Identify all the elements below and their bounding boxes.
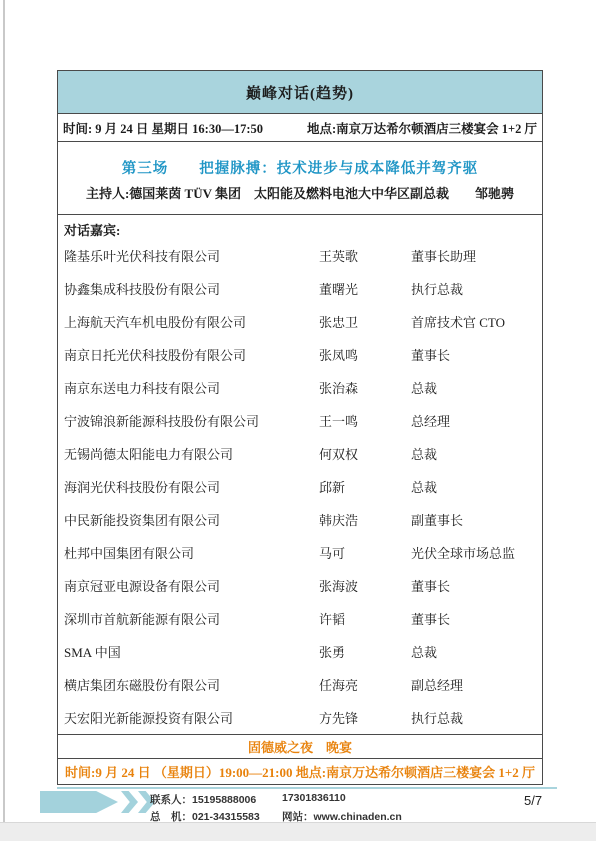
guest-name: 董曙光 (319, 279, 411, 298)
page-number: 5/7 (524, 793, 542, 808)
guest-name: 方先锋 (319, 708, 411, 727)
guest-row: 无锡尚德太阳能电力有限公司何双权总裁 (64, 437, 542, 470)
session-time-row: 时间: 9 月 24 日 星期日 16:30—17:50 地点:南京万达希尔顿酒… (58, 113, 542, 142)
guest-row: 南京东送电力科技有限公司张治森总裁 (64, 371, 542, 404)
guest-name: 张治森 (319, 378, 411, 397)
guest-company: 上海航天汽车机电股份有限公司 (64, 312, 319, 331)
guest-company: 中民新能投资集团有限公司 (64, 510, 319, 529)
page-bottom-edge (0, 822, 596, 841)
session-title: 第三场 把握脉搏：技术进步与成本降低并驾齐驱 (122, 157, 479, 178)
footer-contact-phone2: 17301836110 (282, 792, 402, 807)
footer-contact-phone: 联系人：15195888006 (150, 792, 282, 807)
guest-row: 中民新能投资集团有限公司韩庆浩副董事长 (64, 503, 542, 536)
session-moderator: 主持人:德国莱茵 TÜV 集团 太阳能及燃料电池大中华区副总裁 邹驰骋 (86, 183, 514, 202)
guest-company: 海润光伏科技股份有限公司 (64, 477, 319, 496)
guest-title: 执行总裁 (411, 708, 542, 727)
guest-name: 王一鸣 (319, 411, 411, 430)
guest-name: 何双权 (319, 444, 411, 463)
dinner-banner-title: 固德威之夜 晚宴 (58, 734, 542, 758)
guest-company: 深圳市首航新能源有限公司 (64, 609, 319, 628)
guest-company: 无锡尚德太阳能电力有限公司 (64, 444, 319, 463)
guest-name: 马可 (319, 543, 411, 562)
session-location: 地点:南京万达希尔顿酒店三楼宴会 1+2 厅 (307, 119, 537, 137)
footer-chevron-icon (121, 791, 138, 813)
guests-label: 对话嘉宾: (64, 219, 542, 239)
guest-company: 南京日托光伏科技股份有限公司 (64, 345, 319, 364)
guest-row: 隆基乐叶光伏科技有限公司王英歌董事长助理 (64, 239, 542, 272)
footer-contact-block: 联系人：15195888006 17301836110 总 机：021-3431… (150, 792, 402, 824)
guest-title: 总经理 (411, 411, 542, 430)
guest-name: 许韬 (319, 609, 411, 628)
guest-name: 韩庆浩 (319, 510, 411, 529)
guest-section: 对话嘉宾: 隆基乐叶光伏科技有限公司王英歌董事长助理协鑫集成科技股份有限公司董曙… (58, 214, 542, 734)
guest-title: 总裁 (411, 378, 542, 397)
guest-company: 隆基乐叶光伏科技有限公司 (64, 246, 319, 265)
guest-title: 总裁 (411, 642, 542, 661)
guest-row: SMA 中国张勇总裁 (64, 635, 542, 668)
guest-title: 董事长 (411, 609, 542, 628)
guest-name: 王英歌 (319, 246, 411, 265)
guest-row: 南京日托光伏科技股份有限公司张凤鸣董事长 (64, 338, 542, 371)
guest-company: 协鑫集成科技股份有限公司 (64, 279, 319, 298)
session-info-block: 第三场 把握脉搏：技术进步与成本降低并驾齐驱 主持人:德国莱茵 TÜV 集团 太… (58, 142, 542, 214)
guest-row: 海润光伏科技股份有限公司邱新总裁 (64, 470, 542, 503)
guest-rows: 隆基乐叶光伏科技有限公司王英歌董事长助理协鑫集成科技股份有限公司董曙光执行总裁上… (64, 239, 542, 734)
guest-name: 邱新 (319, 477, 411, 496)
guest-company: 南京东送电力科技有限公司 (64, 378, 319, 397)
guest-row: 横店集团东磁股份有限公司任海亮副总经理 (64, 668, 542, 701)
session-header-band: 巅峰对话(趋势) (58, 71, 542, 113)
guest-title: 副董事长 (411, 510, 542, 529)
guest-name: 张忠卫 (319, 312, 411, 331)
session-time: 时间: 9 月 24 日 星期日 16:30—17:50 (63, 119, 263, 137)
guest-company: 南京冠亚电源设备有限公司 (64, 576, 319, 595)
guest-company: 横店集团东磁股份有限公司 (64, 675, 319, 694)
guest-row: 南京冠亚电源设备有限公司张海波董事长 (64, 569, 542, 602)
guest-title: 光伏全球市场总监 (411, 543, 542, 562)
dinner-banner-schedule: 时间:9 月 24 日 （星期日）19:00—21:00 地点:南京万达希尔顿酒… (58, 758, 542, 784)
schedule-table: 巅峰对话(趋势) 时间: 9 月 24 日 星期日 16:30—17:50 地点… (57, 70, 543, 785)
guest-company: 宁波锦浪新能源科技股份有限公司 (64, 411, 319, 430)
guest-title: 总裁 (411, 444, 542, 463)
guest-name: 张凤鸣 (319, 345, 411, 364)
guest-company: SMA 中国 (64, 642, 319, 661)
guest-row: 深圳市首航新能源有限公司许韬董事长 (64, 602, 542, 635)
guest-title: 总裁 (411, 477, 542, 496)
guest-name: 任海亮 (319, 675, 411, 694)
footer-divider (57, 787, 557, 789)
guest-title: 首席技术官 CTO (411, 312, 542, 331)
guest-row: 协鑫集成科技股份有限公司董曙光执行总裁 (64, 272, 542, 305)
page-left-edge (3, 0, 5, 822)
guest-name: 张勇 (319, 642, 411, 661)
guest-row: 天宏阳光新能源投资有限公司方先锋执行总裁 (64, 701, 542, 734)
guest-row: 杜邦中国集团有限公司马可光伏全球市场总监 (64, 536, 542, 569)
footer-arrow-icon (40, 791, 118, 813)
guest-company: 天宏阳光新能源投资有限公司 (64, 708, 319, 727)
guest-row: 宁波锦浪新能源科技股份有限公司王一鸣总经理 (64, 404, 542, 437)
guest-title: 董事长 (411, 345, 542, 364)
session-header-title: 巅峰对话(趋势) (246, 82, 354, 103)
guest-title: 副总经理 (411, 675, 542, 694)
guest-title: 董事长助理 (411, 246, 542, 265)
guest-name: 张海波 (319, 576, 411, 595)
guest-title: 执行总裁 (411, 279, 542, 298)
guest-title: 董事长 (411, 576, 542, 595)
guest-row: 上海航天汽车机电股份有限公司张忠卫首席技术官 CTO (64, 305, 542, 338)
guest-company: 杜邦中国集团有限公司 (64, 543, 319, 562)
